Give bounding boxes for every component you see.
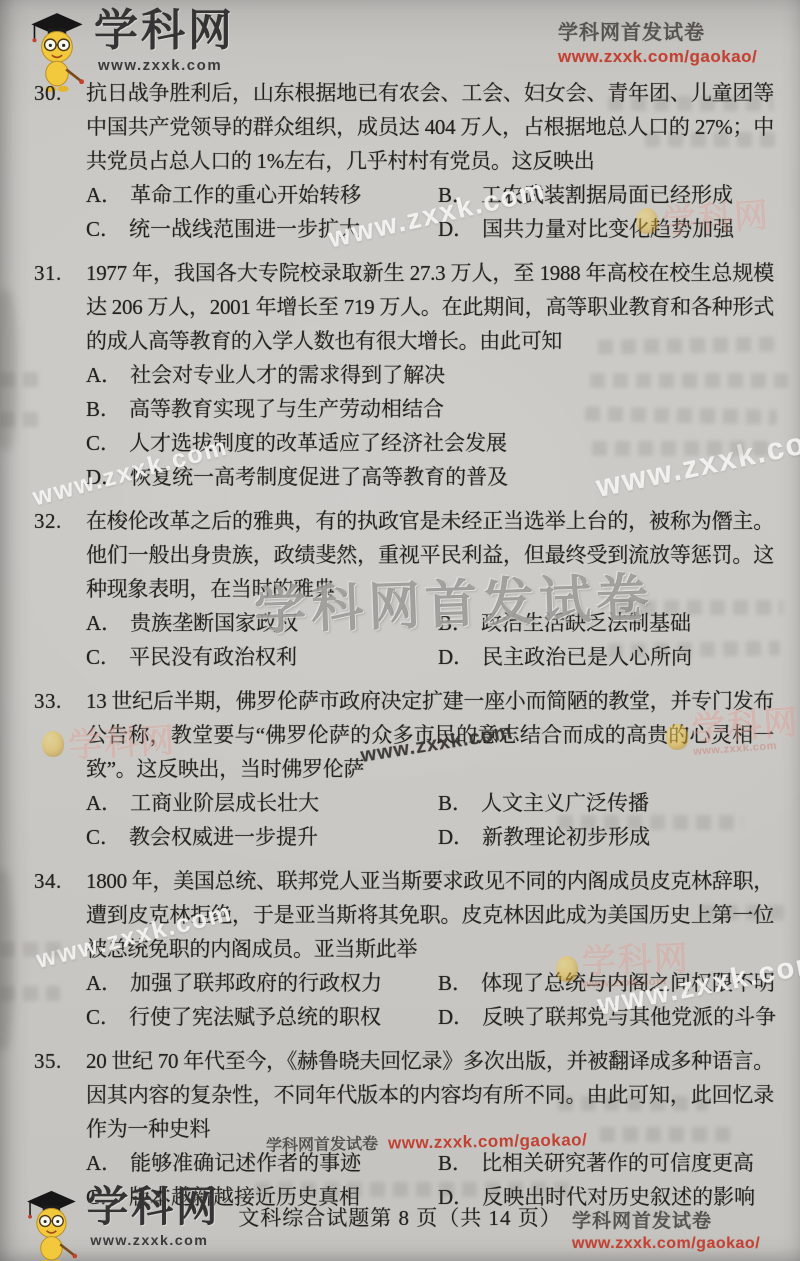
- bleed-artifact: [0, 870, 14, 1050]
- option-label: A．: [86, 183, 122, 207]
- option-text: 人才选拔制度的改革适应了经济社会发展: [129, 431, 507, 455]
- option-label: A．: [86, 611, 122, 635]
- option-a: A．贵族垄断国家政权: [86, 606, 438, 640]
- option-d: D．恢复统一高考制度促进了高等教育的普及: [86, 460, 774, 494]
- question-stem: 13 世纪后半期，佛罗伦萨市政府决定扩建一座小而简陋的教堂，并专门发布公告称，教…: [86, 684, 774, 786]
- option-text: 工商业阶层成长壮大: [130, 791, 319, 815]
- option-text: 高等教育实现了与生产劳动相结合: [129, 397, 444, 421]
- option-label: C．: [86, 645, 121, 669]
- release-title: 学科网首发试卷: [558, 16, 757, 45]
- question-stem: 1800 年，美国总统、联邦党人亚当斯要求政见不同的内阁成员皮克林辞职，遭到皮克…: [86, 864, 774, 966]
- question-number: 30.: [34, 76, 86, 246]
- option-c: C．教会权威进一步提升: [86, 820, 438, 854]
- option-c: C．统一战线范围进一步扩大: [86, 212, 438, 246]
- option-label: D．: [438, 217, 474, 241]
- bleed-artifact: [558, 1096, 708, 1111]
- option-label: A．: [86, 363, 122, 387]
- option-c: C．行使了宪法赋予总统的职权: [86, 1000, 438, 1034]
- question-number: 32.: [34, 504, 86, 674]
- option-text: 革命工作的重心开始转移: [130, 183, 361, 207]
- option-label: D．: [86, 465, 122, 489]
- release-url: www.zxxk.com/gaokao/: [572, 1235, 760, 1253]
- brand-text: 学科网 www.zxxk.com: [87, 1186, 221, 1249]
- option-b: B．工农武装割据局面已经形成: [438, 178, 774, 212]
- brand-url: www.zxxk.com: [87, 1233, 221, 1249]
- zxxk-mascot-icon: [22, 1186, 81, 1261]
- option-label: B．: [438, 611, 473, 635]
- question-stem: 抗日战争胜利后，山东根据地已有农会、工会、妇女会、青年团、儿童团等中国共产党领导…: [86, 76, 774, 178]
- bleed-artifact: [608, 96, 773, 111]
- options: A．革命工作的重心开始转移 B．工农武装割据局面已经形成 C．统一战线范围进一步…: [86, 178, 774, 246]
- bleed-artifact: [558, 815, 743, 830]
- release-url: www.zxxk.com/gaokao/: [558, 47, 757, 67]
- option-a: A．能够准确记述作者的事迹: [86, 1146, 438, 1180]
- question-34: 34. 1800 年，美国总统、联邦党人亚当斯要求政见不同的内阁成员皮克林辞职，…: [34, 864, 774, 1034]
- option-label: D．: [438, 825, 474, 849]
- option-text: 比相关研究著作的可信度更高: [481, 1151, 754, 1175]
- option-label: B．: [438, 971, 473, 995]
- option-a: A．工商业阶层成长壮大: [86, 786, 438, 820]
- option-text: 体现了总统与内阁之间权限不明: [481, 971, 775, 995]
- bleed-artifact: [0, 290, 18, 450]
- bleed-artifact: [255, 1182, 575, 1197]
- option-label: A．: [86, 1151, 122, 1175]
- header-release-stamp: 学科网首发试卷 www.zxxk.com/gaokao/: [558, 16, 757, 67]
- brand-url: www.zxxk.com: [94, 57, 235, 74]
- brand-text: 学科网 www.zxxk.com: [94, 8, 235, 74]
- option-text: 人文主义广泛传播: [481, 791, 649, 815]
- footer-release-stamp: 学科网首发试卷 www.zxxk.com/gaokao/: [572, 1206, 760, 1253]
- option-text: 加强了联邦政府的行政权力: [130, 971, 382, 995]
- option-text: 社会对专业人才的需求得到了解决: [130, 363, 445, 387]
- option-label: C．: [86, 825, 121, 849]
- scanned-exam-page: 学科网 www.zxxk.com 学科网首发试卷 www.zxxk.com/ga…: [0, 0, 800, 1261]
- bleed-artifact: [598, 336, 778, 354]
- option-label: C．: [86, 1005, 121, 1029]
- option-text: 反映了联邦党与其他党派的斗争: [482, 1005, 776, 1029]
- question-number: 33.: [34, 684, 86, 854]
- page-number-info: 文科综合试题第 8 页（共 14 页）: [238, 1202, 562, 1232]
- option-label: C．: [86, 217, 121, 241]
- option-label: B．: [86, 397, 121, 421]
- bleed-artifact: [600, 1127, 730, 1142]
- option-text: 恢复统一高考制度促进了高等教育的普及: [130, 465, 508, 489]
- option-label: A．: [86, 791, 122, 815]
- option-text: 教会权威进一步提升: [129, 825, 318, 849]
- question-stem: 在梭伦改革之后的雅典，有的执政官是未经正当选举上台的，被称为僭主。他们一般出身贵…: [86, 504, 774, 606]
- brand-name: 学科网: [94, 8, 235, 54]
- option-label: C．: [86, 431, 121, 455]
- option-label: D．: [438, 645, 474, 669]
- option-d: D．国共力量对比变化趋势加强: [438, 212, 774, 246]
- bleed-artifact: [590, 373, 788, 388]
- option-d: D．反映了联邦党与其他党派的斗争: [438, 1000, 776, 1034]
- option-text: 贵族垄断国家政权: [130, 611, 298, 635]
- option-label: B．: [438, 183, 473, 207]
- option-text: 统一战线范围进一步扩大: [129, 217, 360, 241]
- bleed-artifact: [645, 132, 775, 147]
- option-a: A．革命工作的重心开始转移: [86, 178, 438, 212]
- option-b: B．体现了总统与内阁之间权限不明: [438, 966, 776, 1000]
- option-a: A．加强了联邦政府的行政权力: [86, 966, 438, 1000]
- question-body: 1800 年，美国总统、联邦党人亚当斯要求政见不同的内阁成员皮克林辞职，遭到皮克…: [86, 864, 774, 1034]
- option-label: D．: [438, 1005, 474, 1029]
- zxxk-logo-footer: 学科网 www.zxxk.com: [22, 1186, 221, 1261]
- options: A．加强了联邦政府的行政权力 B．体现了总统与内阁之间权限不明 C．行使了宪法赋…: [86, 966, 774, 1034]
- brand-name: 学科网: [87, 1186, 221, 1230]
- option-text: 能够准确记述作者的事迹: [130, 1151, 361, 1175]
- option-label: B．: [438, 791, 473, 815]
- bleed-artifact: [592, 441, 772, 456]
- option-b: B．比相关研究著作的可信度更高: [438, 1146, 774, 1180]
- option-text: 工农武装割据局面已经形成: [481, 183, 733, 207]
- bleed-artifact: [618, 600, 783, 615]
- option-text: 国共力量对比变化趋势加强: [482, 217, 734, 241]
- release-title: 学科网首发试卷: [572, 1206, 760, 1233]
- bleed-artifact: [608, 641, 780, 659]
- option-c: C．平民没有政治权利: [86, 640, 438, 674]
- option-text: 行使了宪法赋予总统的职权: [129, 1005, 381, 1029]
- option-text: 平民没有政治权利: [129, 645, 297, 669]
- option-label: B．: [438, 1151, 473, 1175]
- option-label: A．: [86, 971, 122, 995]
- options: A．贵族垄断国家政权 B．政治生活缺乏法制基础 C．平民没有政治权利 D．民主政…: [86, 606, 774, 674]
- bleed-artifact: [700, 905, 790, 920]
